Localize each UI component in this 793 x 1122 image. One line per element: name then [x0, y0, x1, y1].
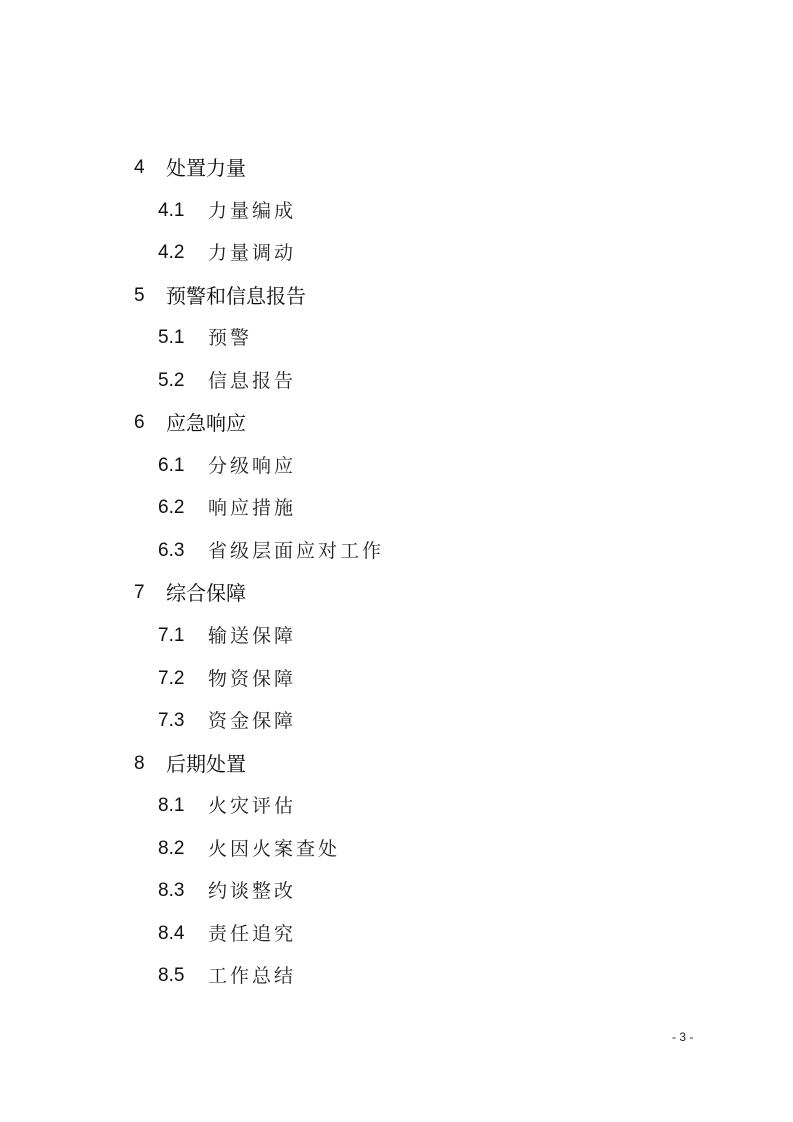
toc-title: 省级层面应对工作	[208, 536, 384, 566]
toc-entry-7: 7综合保障	[134, 578, 246, 608]
toc-entry-4-2: 4.2力量调动	[158, 238, 296, 268]
toc-entry-6: 6应急响应	[134, 408, 246, 438]
toc-title: 工作总结	[208, 961, 296, 991]
toc-number: 8	[134, 749, 166, 779]
toc-entry-7-1: 7.1输送保障	[158, 621, 296, 651]
toc-number: 6.3	[158, 536, 208, 566]
toc-entry-8-2: 8.2火因火案查处	[158, 834, 340, 864]
toc-title: 预警和信息报告	[166, 281, 306, 311]
toc-entry-6-3: 6.3省级层面应对工作	[158, 536, 384, 566]
toc-title: 物资保障	[208, 664, 296, 694]
toc-number: 5.2	[158, 366, 208, 396]
toc-title: 预警	[208, 323, 252, 353]
toc-entry-7-3: 7.3资金保障	[158, 706, 296, 736]
toc-entry-8-5: 8.5工作总结	[158, 961, 296, 991]
toc-title: 应急响应	[166, 408, 246, 438]
toc-number: 6.1	[158, 451, 208, 481]
toc-title: 后期处置	[166, 749, 246, 779]
toc-title: 输送保障	[208, 621, 296, 651]
toc-title: 处置力量	[166, 153, 246, 183]
toc-title: 信息报告	[208, 366, 296, 396]
toc-title: 火灾评估	[208, 791, 296, 821]
toc-entry-8-3: 8.3约谈整改	[158, 876, 296, 906]
toc-entry-7-2: 7.2物资保障	[158, 664, 296, 694]
toc-number: 6	[134, 408, 166, 438]
toc-number: 8.1	[158, 791, 208, 821]
toc-entry-8: 8后期处置	[134, 749, 246, 779]
toc-number: 8.2	[158, 834, 208, 864]
toc-title: 力量调动	[208, 238, 296, 268]
toc-number: 7.1	[158, 621, 208, 651]
toc-number: 7	[134, 578, 166, 608]
toc-number: 8.3	[158, 876, 208, 906]
toc-number: 4.1	[158, 196, 208, 226]
toc-title: 力量编成	[208, 196, 296, 226]
toc-title: 分级响应	[208, 451, 296, 481]
toc-entry-6-1: 6.1分级响应	[158, 451, 296, 481]
toc-number: 7.2	[158, 664, 208, 694]
toc-number: 8.4	[158, 919, 208, 949]
toc-entry-6-2: 6.2响应措施	[158, 493, 296, 523]
toc-entry-8-1: 8.1火灾评估	[158, 791, 296, 821]
toc-number: 8.5	[158, 961, 208, 991]
toc-title: 响应措施	[208, 493, 296, 523]
toc-entry-5-2: 5.2信息报告	[158, 366, 296, 396]
toc-entry-4: 4处置力量	[134, 153, 246, 183]
toc-number: 7.3	[158, 706, 208, 736]
toc-number: 4.2	[158, 238, 208, 268]
toc-number: 6.2	[158, 493, 208, 523]
toc-number: 5	[134, 281, 166, 311]
toc-title: 资金保障	[208, 706, 296, 736]
toc-entry-8-4: 8.4责任追究	[158, 919, 296, 949]
toc-entry-5-1: 5.1预警	[158, 323, 252, 353]
toc-title: 约谈整改	[208, 876, 296, 906]
page-number: - 3 -	[672, 1030, 693, 1044]
toc-number: 4	[134, 153, 166, 183]
toc-title: 火因火案查处	[208, 834, 340, 864]
toc-entry-4-1: 4.1力量编成	[158, 196, 296, 226]
toc-number: 5.1	[158, 323, 208, 353]
toc-entry-5: 5预警和信息报告	[134, 281, 306, 311]
toc-title: 综合保障	[166, 578, 246, 608]
toc-title: 责任追究	[208, 919, 296, 949]
